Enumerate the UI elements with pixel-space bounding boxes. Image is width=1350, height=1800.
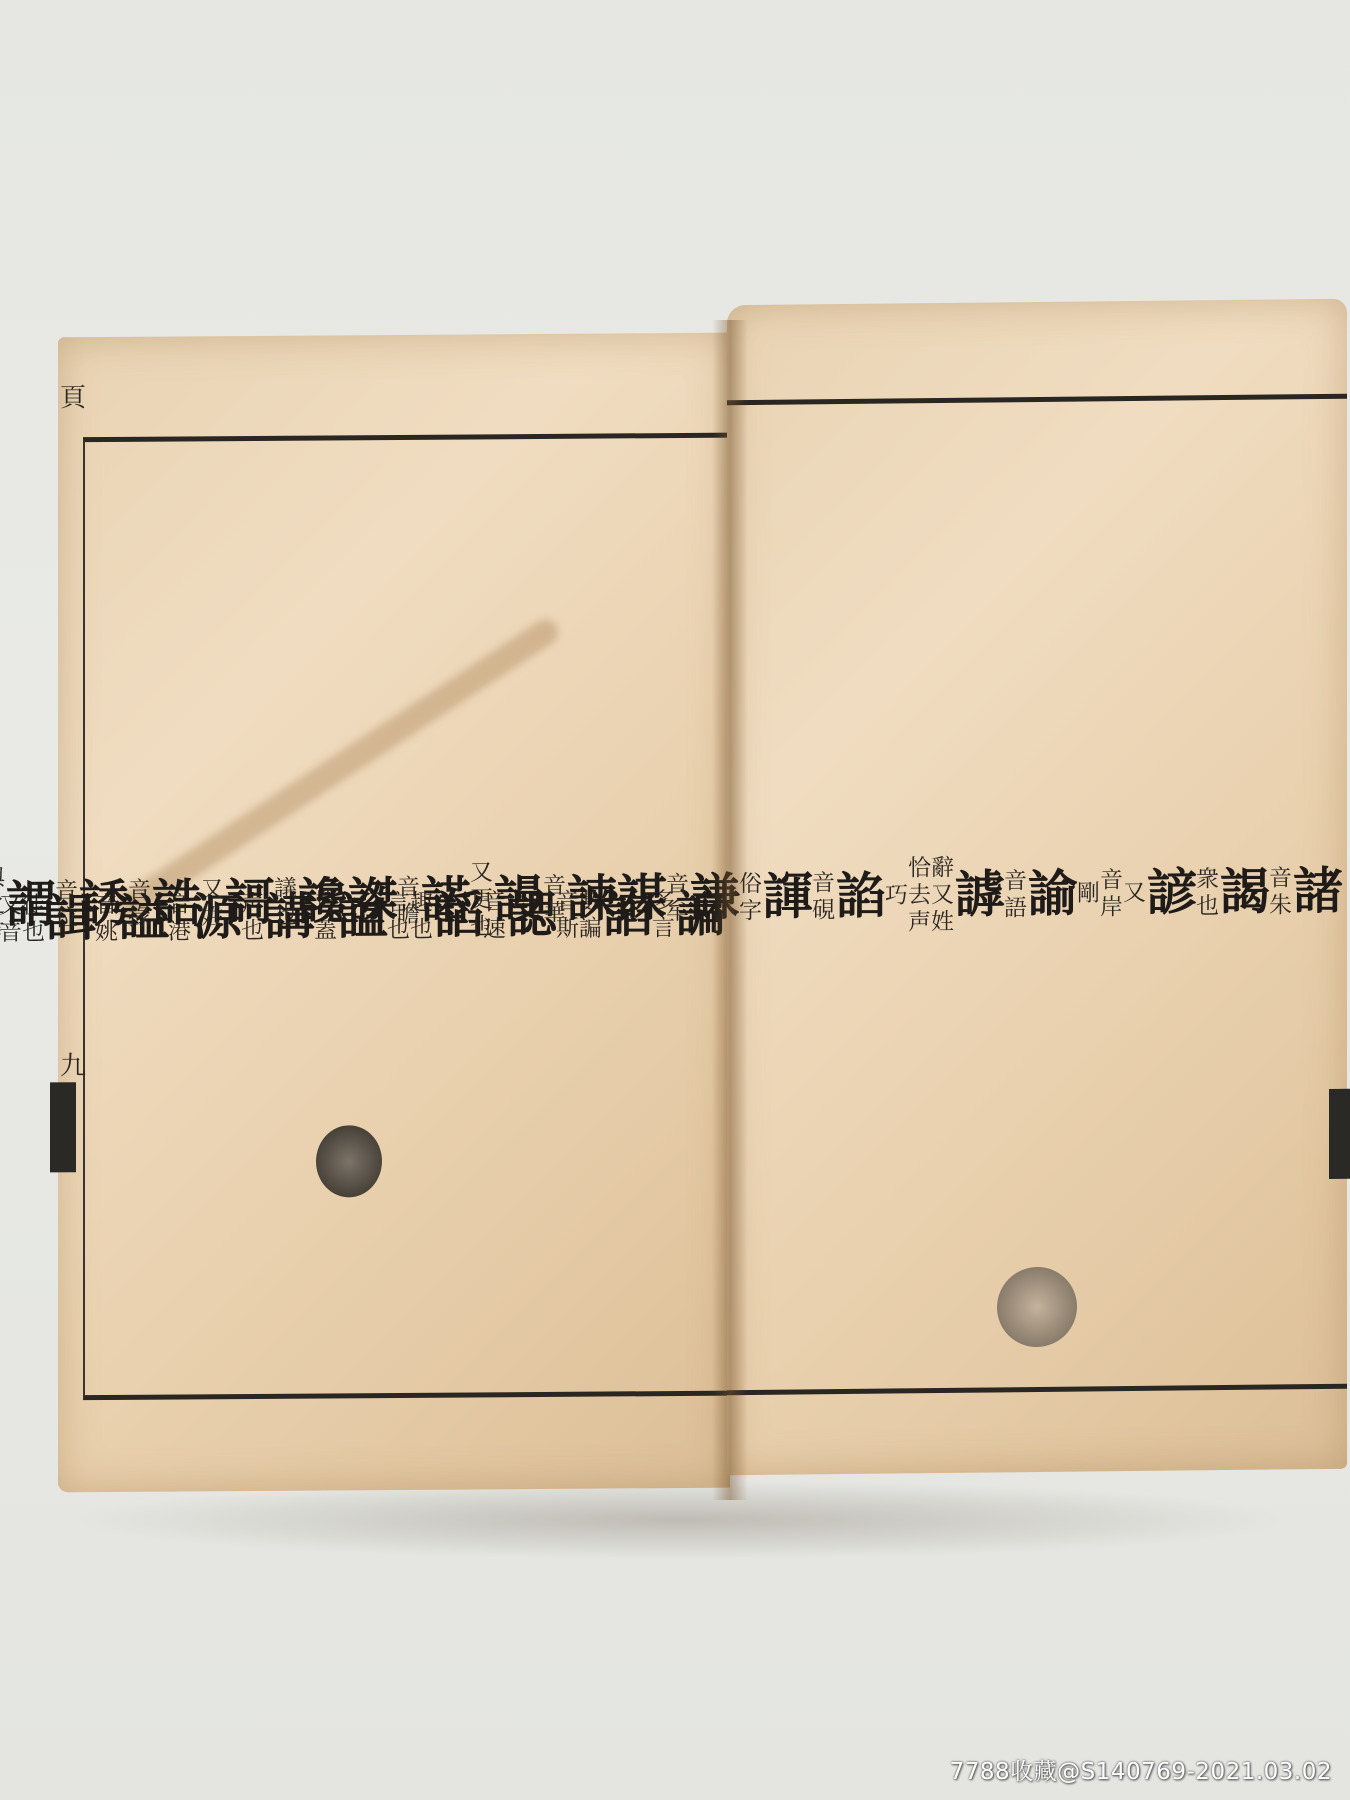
annotation: 剛 [1074,880,1097,907]
headword: 諢 [759,869,809,926]
headword: 諸 [1289,863,1339,920]
text-column: 諸音朱謁衆也諺又音岸剛 [1074,409,1339,1377]
right-page: 諸音朱謁衆也諺又音岸剛諭音語謼辭又姓恰去声巧諂音硯諢俗字謙音牟謀諫音華謾又更也諾… [727,299,1347,1475]
book-gutter [712,320,748,1500]
photo-scene: 諞多言諂數諞音斯諰音速謟趣也言也諡音蓋講声也源音港謚音姚諿徒也又音誇歌也謏音逐嚳… [0,0,1350,1800]
watermark: 7788收藏@S140769-2021.03.02 [950,1753,1332,1786]
book-shadow [60,1480,1300,1560]
headword: 謼 [951,867,1001,924]
text-column: 讒議也謌又姓誥音掾 [125,419,344,1386]
headword: 謋 [344,873,394,930]
right-page-print-frame: 諸音朱謁衆也諺又音岸剛諭音語謼辭又姓恰去声巧諂音硯諢俗字謙音牟謀諫音華謾又更也諾… [727,394,1347,1395]
right-page-columns: 諸音朱謁衆也諺又音岸剛諭音語謼辭又姓恰去声巧諂音硯諢俗字謙音牟謀諫音華謾又更也諾… [735,409,1339,1380]
left-page-marker: 頁 [60,377,86,414]
annotation: 辭又姓 [928,855,951,936]
headword: 誥 [148,875,198,932]
annotation: 巧 [882,882,905,909]
right-edge-black-tab [1329,1089,1350,1179]
text-column: 諫音華謾又更也諾音瞻謋 [344,416,613,1384]
headword: 誘 [75,876,125,933]
headword: 諭 [1024,866,1074,923]
right-faded-seal [997,1267,1077,1348]
headword: 謂 [2,877,52,934]
text-column: 諭音語謼辭又姓恰去声巧 [882,412,1074,1379]
headword: 謌 [221,875,271,932]
headword: 謀 [613,870,663,927]
headword: 諫 [563,871,613,928]
annotation: 恰去声 [905,855,928,936]
annotation: 又 [1120,880,1143,907]
headword: 諺 [1143,865,1193,922]
headword: 讒 [294,874,344,931]
annotation: 與之言 [0,865,2,946]
headword: 諂 [832,868,882,925]
headword: 諾 [417,872,467,929]
headword: 謁 [1216,864,1266,921]
annotation: 音掾 [125,877,148,931]
annotation: 音岸 [1097,867,1120,921]
text-column: 誘音位謂與之言謎音熾謬 [0,422,125,1390]
headword: 謾 [490,872,540,929]
